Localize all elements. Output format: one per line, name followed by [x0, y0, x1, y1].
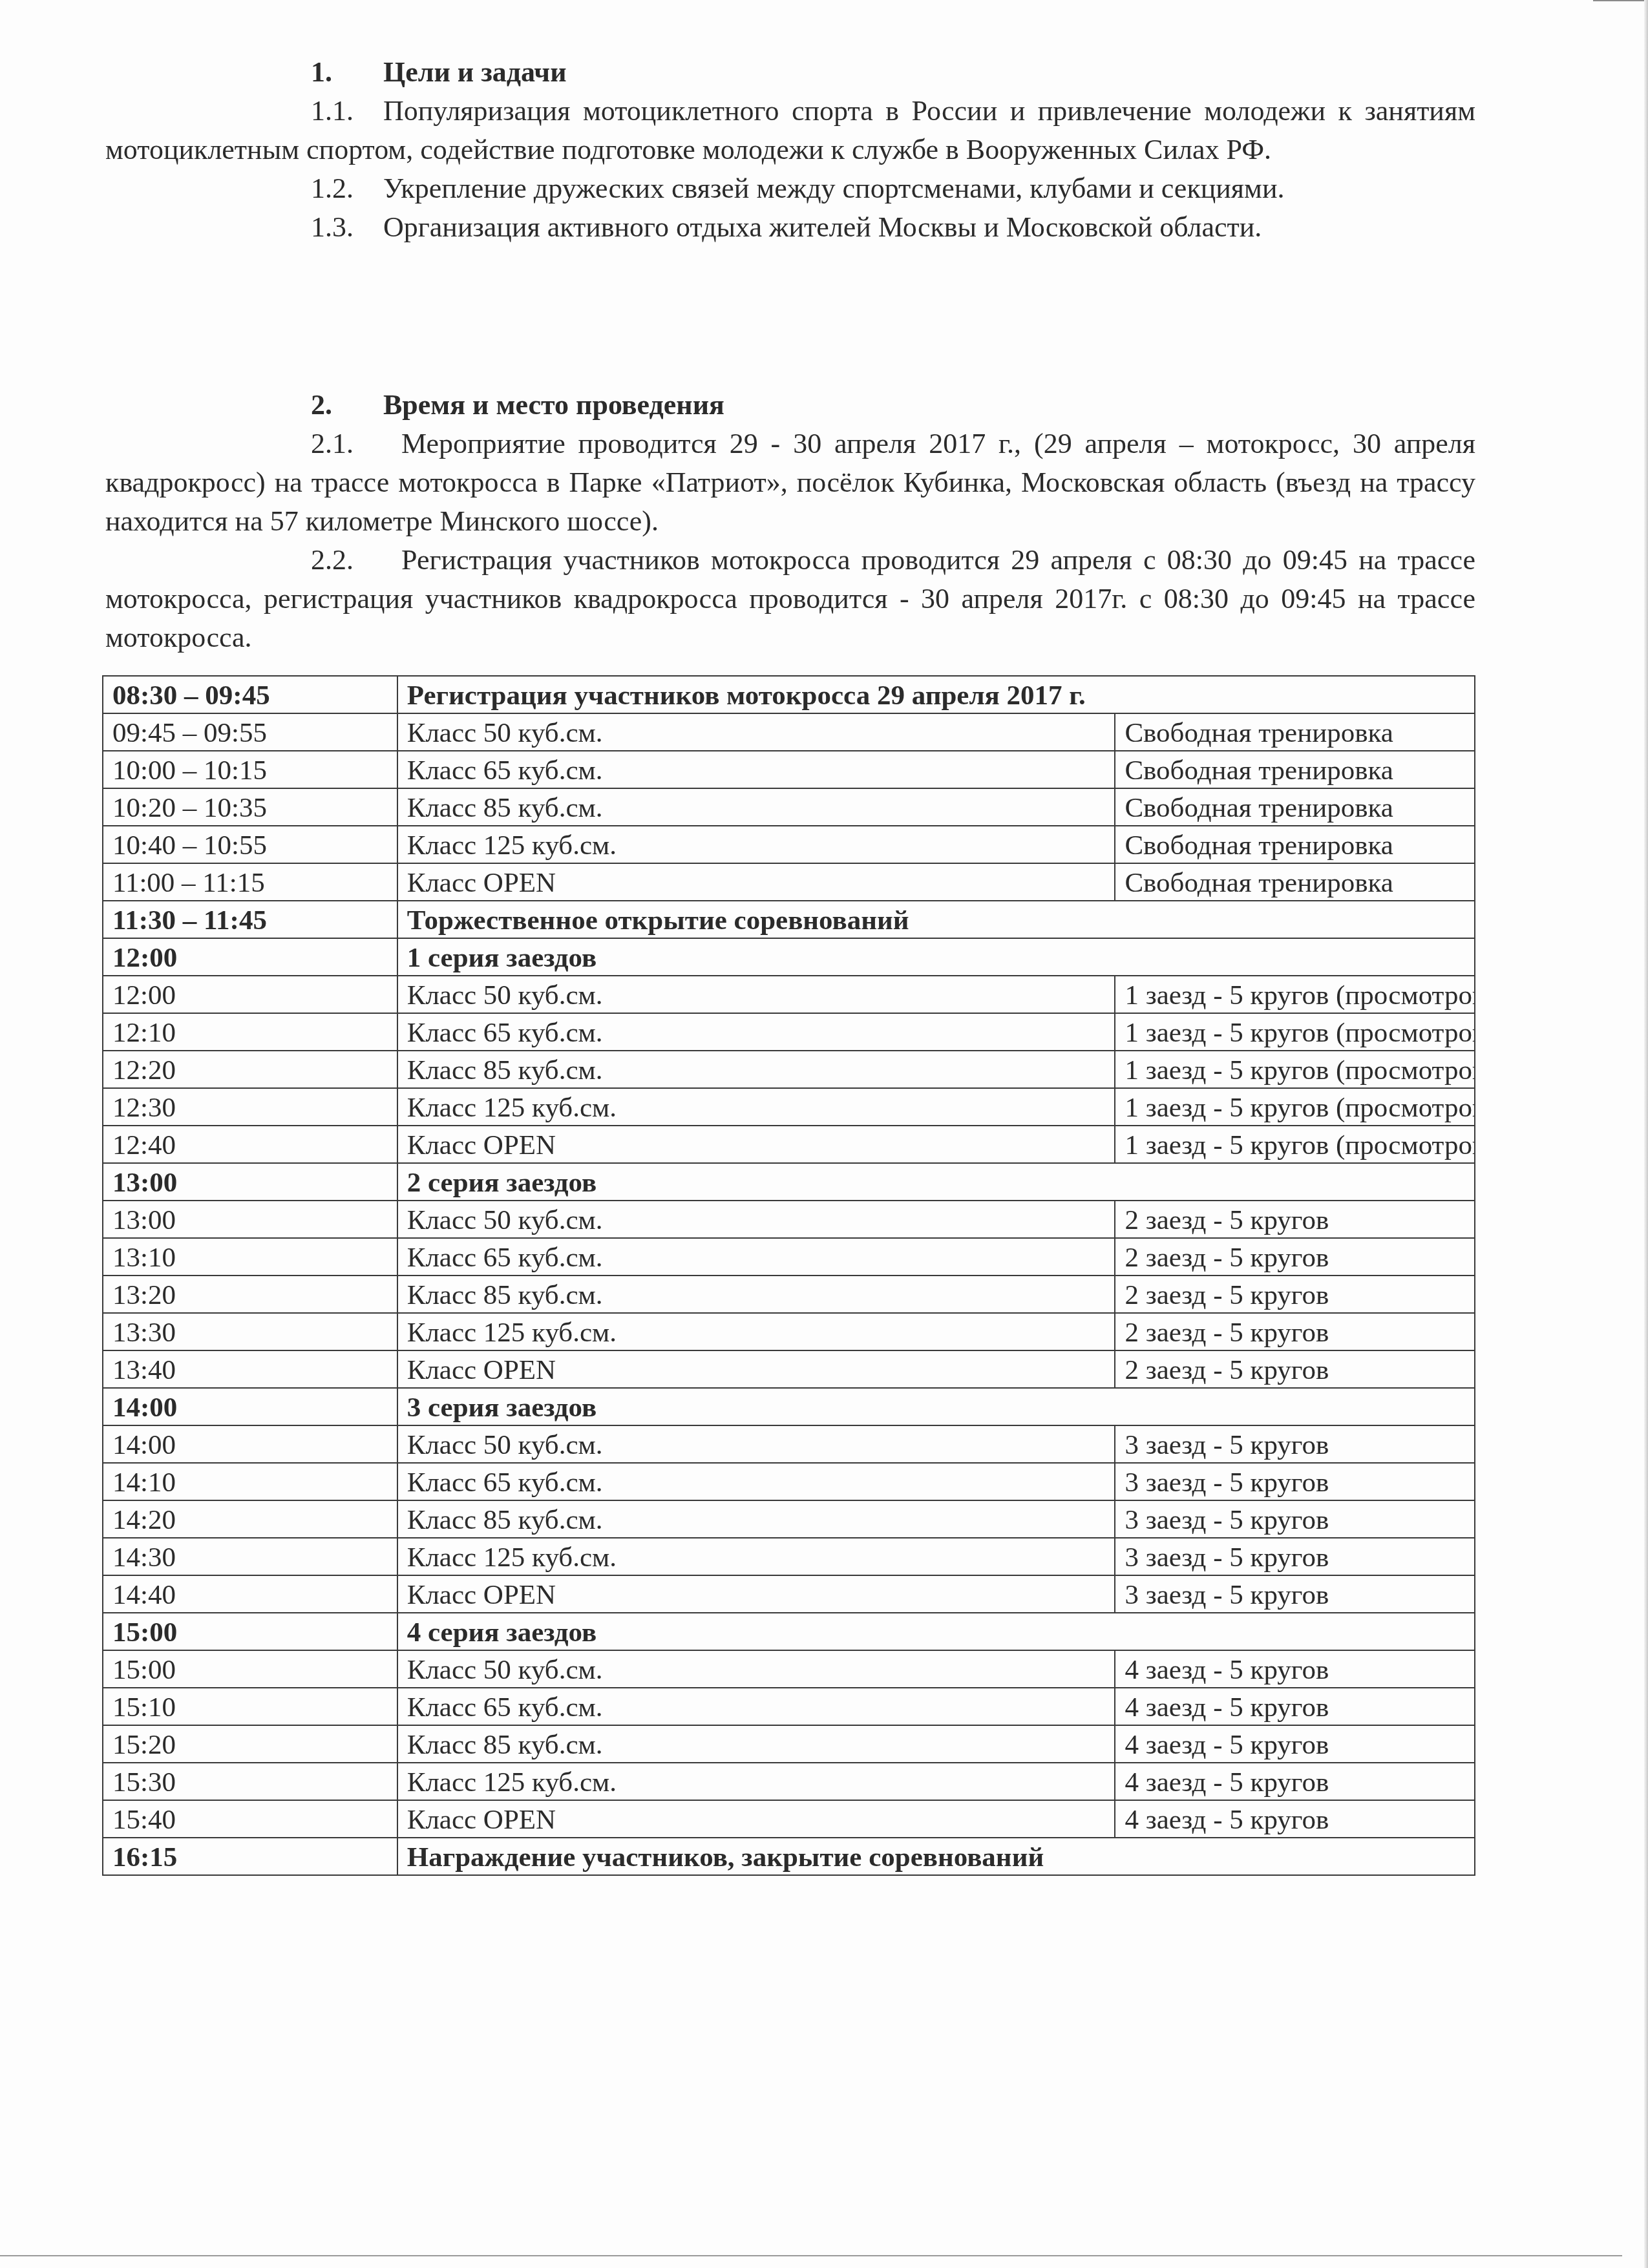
schedule-row: 13:40Класс OPEN2 заезд - 5 кругов: [103, 1350, 1475, 1388]
paragraph-1-1: 1.1.Популяризация мотоциклетного спорта …: [105, 92, 1475, 169]
schedule-class-cell: Класс 50 куб.см.: [397, 1201, 1115, 1238]
schedule-class-cell: Класс 50 куб.см.: [397, 976, 1115, 1013]
schedule-table: 08:30 – 09:45Регистрация участников мото…: [102, 675, 1475, 1876]
schedule-note-cell: 3 заезд - 5 кругов: [1115, 1538, 1475, 1575]
schedule-class-cell: Класс 125 куб.см.: [397, 1763, 1115, 1800]
schedule-class-cell: Класс 85 куб.см.: [397, 788, 1115, 826]
schedule-row: 13:30Класс 125 куб.см.2 заезд - 5 кругов: [103, 1313, 1475, 1350]
schedule-row: 10:40 – 10:55Класс 125 куб.см.Свободная …: [103, 826, 1475, 863]
schedule-time-cell: 09:45 – 09:55: [103, 713, 397, 751]
schedule-time-cell: 15:10: [103, 1688, 397, 1725]
schedule-class-cell: Класс 85 куб.см.: [397, 1725, 1115, 1763]
section-title: Цели и задачи: [383, 53, 567, 92]
schedule-class-cell: Класс 65 куб.см.: [397, 1013, 1115, 1051]
schedule-event-cell: Торжественное открытие соревнований: [397, 901, 1475, 938]
schedule-time-cell: 13:40: [103, 1350, 397, 1388]
schedule-row: 12:00Класс 50 куб.см.1 заезд - 5 кругов …: [103, 976, 1475, 1013]
schedule-note-cell: 3 заезд - 5 кругов: [1115, 1463, 1475, 1500]
schedule-section-row: 16:15Награждение участников, закрытие со…: [103, 1838, 1475, 1875]
schedule-time-cell: 13:20: [103, 1276, 397, 1313]
schedule-row: 14:40Класс OPEN3 заезд - 5 кругов: [103, 1575, 1475, 1613]
paragraph-1-3: 1.3.Организация активного отдыха жителей…: [105, 208, 1475, 247]
schedule-event-cell: 2 серия заездов: [397, 1163, 1475, 1201]
schedule-time-cell: 10:00 – 10:15: [103, 751, 397, 788]
schedule-note-cell: 3 заезд - 5 кругов: [1115, 1425, 1475, 1463]
schedule-note-cell: 1 заезд - 5 кругов (просмотровый круг): [1115, 1088, 1475, 1126]
schedule-row: 15:10Класс 65 куб.см.4 заезд - 5 кругов: [103, 1688, 1475, 1725]
schedule-row: 13:00Класс 50 куб.см.2 заезд - 5 кругов: [103, 1201, 1475, 1238]
schedule-note-cell: 2 заезд - 5 кругов: [1115, 1313, 1475, 1350]
schedule-section-row: 08:30 – 09:45Регистрация участников мото…: [103, 676, 1475, 713]
schedule-note-cell: 1 заезд - 5 кругов (просмотровый круг): [1115, 1051, 1475, 1088]
schedule-row: 15:40Класс OPEN4 заезд - 5 кругов: [103, 1800, 1475, 1838]
schedule-row: 12:40Класс OPEN1 заезд - 5 кругов (просм…: [103, 1126, 1475, 1163]
schedule-note-cell: Свободная тренировка: [1115, 713, 1475, 751]
schedule-section-row: 11:30 – 11:45Торжественное открытие соре…: [103, 901, 1475, 938]
schedule-section-row: 14:003 серия заездов: [103, 1388, 1475, 1425]
schedule-time-cell: 13:30: [103, 1313, 397, 1350]
schedule-event-cell: 3 серия заездов: [397, 1388, 1475, 1425]
section-number: 1.: [311, 53, 383, 92]
schedule-time-cell: 15:20: [103, 1725, 397, 1763]
schedule-table-body: 08:30 – 09:45Регистрация участников мото…: [103, 676, 1475, 1875]
schedule-time-cell: 14:10: [103, 1463, 397, 1500]
schedule-class-cell: Класс 65 куб.см.: [397, 1463, 1115, 1500]
schedule-row: 14:10Класс 65 куб.см.3 заезд - 5 кругов: [103, 1463, 1475, 1500]
schedule-time-cell: 12:00: [103, 976, 397, 1013]
schedule-time-cell: 13:10: [103, 1238, 397, 1276]
schedule-class-cell: Класс 65 куб.см.: [397, 1688, 1115, 1725]
schedule-time-cell: 14:20: [103, 1500, 397, 1538]
paragraph-text: Организация активного отдыха жителей Мос…: [383, 211, 1262, 243]
paragraph-number: 2.1.: [311, 425, 401, 463]
schedule-class-cell: Класс 85 куб.см.: [397, 1276, 1115, 1313]
schedule-time-cell: 15:30: [103, 1763, 397, 1800]
paragraph-number: 1.1.: [311, 92, 383, 131]
schedule-row: 14:30Класс 125 куб.см.3 заезд - 5 кругов: [103, 1538, 1475, 1575]
schedule-class-cell: Класс 50 куб.см.: [397, 713, 1115, 751]
schedule-class-cell: Класс 50 куб.см.: [397, 1425, 1115, 1463]
schedule-time-cell: 14:40: [103, 1575, 397, 1613]
schedule-event-cell: Награждение участников, закрытие соревно…: [397, 1838, 1475, 1875]
schedule-event-cell: 1 серия заездов: [397, 938, 1475, 976]
schedule-time-cell: 11:00 – 11:15: [103, 863, 397, 901]
schedule-class-cell: Класс 125 куб.см.: [397, 1313, 1115, 1350]
schedule-class-cell: Класс 65 куб.см.: [397, 1238, 1115, 1276]
schedule-note-cell: 2 заезд - 5 кругов: [1115, 1238, 1475, 1276]
schedule-class-cell: Класс 125 куб.см.: [397, 1088, 1115, 1126]
schedule-section-row: 12:001 серия заездов: [103, 938, 1475, 976]
paragraph-text: Укрепление дружеских связей между спортс…: [383, 173, 1285, 204]
schedule-class-cell: Класс 65 куб.см.: [397, 751, 1115, 788]
schedule-class-cell: Класс 125 куб.см.: [397, 826, 1115, 863]
scan-edge-bottom: [0, 2255, 1622, 2256]
scan-edge-right: [1644, 0, 1648, 2268]
scan-edge-top: [1593, 0, 1648, 1]
paragraph-2-1: 2.1.Мероприятие проводится 29 - 30 апрел…: [105, 425, 1475, 541]
schedule-time-cell: 12:00: [103, 938, 397, 976]
schedule-class-cell: Класс 50 куб.см.: [397, 1650, 1115, 1688]
schedule-row: 09:45 – 09:55Класс 50 куб.см.Свободная т…: [103, 713, 1475, 751]
schedule-row: 12:20Класс 85 куб.см.1 заезд - 5 кругов …: [103, 1051, 1475, 1088]
schedule-note-cell: 4 заезд - 5 кругов: [1115, 1763, 1475, 1800]
schedule-note-cell: Свободная тренировка: [1115, 788, 1475, 826]
paragraph-number: 1.3.: [311, 208, 383, 247]
schedule-note-cell: 2 заезд - 5 кругов: [1115, 1276, 1475, 1313]
schedule-class-cell: Класс OPEN: [397, 863, 1115, 901]
section-goals: 1. Цели и задачи 1.1.Популяризация мотоц…: [105, 53, 1475, 247]
schedule-time-cell: 13:00: [103, 1163, 397, 1201]
schedule-time-cell: 12:30: [103, 1088, 397, 1126]
schedule-class-cell: Класс OPEN: [397, 1126, 1115, 1163]
schedule-class-cell: Класс OPEN: [397, 1800, 1115, 1838]
section-time-place: 2. Время и место проведения 2.1.Мероприя…: [105, 386, 1475, 657]
paragraph-1-2: 1.2.Укрепление дружеских связей между сп…: [105, 169, 1475, 208]
schedule-note-cell: 4 заезд - 5 кругов: [1115, 1650, 1475, 1688]
section-goals-heading: 1. Цели и задачи: [105, 53, 1475, 92]
schedule-event-cell: Регистрация участников мотокросса 29 апр…: [397, 676, 1475, 713]
schedule-row: 13:10Класс 65 куб.см.2 заезд - 5 кругов: [103, 1238, 1475, 1276]
schedule-note-cell: 3 заезд - 5 кругов: [1115, 1500, 1475, 1538]
schedule-time-cell: 15:40: [103, 1800, 397, 1838]
schedule-row: 15:30Класс 125 куб.см.4 заезд - 5 кругов: [103, 1763, 1475, 1800]
schedule-note-cell: Свободная тренировка: [1115, 863, 1475, 901]
schedule-row: 10:00 – 10:15Класс 65 куб.см.Свободная т…: [103, 751, 1475, 788]
schedule-note-cell: Свободная тренировка: [1115, 751, 1475, 788]
schedule-time-cell: 10:20 – 10:35: [103, 788, 397, 826]
schedule-class-cell: Класс 85 куб.см.: [397, 1500, 1115, 1538]
schedule-note-cell: 2 заезд - 5 кругов: [1115, 1201, 1475, 1238]
schedule-time-cell: 14:30: [103, 1538, 397, 1575]
schedule-section-row: 15:004 серия заездов: [103, 1613, 1475, 1650]
schedule-note-cell: 4 заезд - 5 кругов: [1115, 1800, 1475, 1838]
schedule-row: 15:20Класс 85 куб.см.4 заезд - 5 кругов: [103, 1725, 1475, 1763]
paragraph-2-2: 2.2.Регистрация участников мотокросса пр…: [105, 541, 1475, 657]
schedule-event-cell: 4 серия заездов: [397, 1613, 1475, 1650]
schedule-note-cell: 1 заезд - 5 кругов (просмотровый круг): [1115, 1013, 1475, 1051]
schedule-time-cell: 12:20: [103, 1051, 397, 1088]
schedule-note-cell: Свободная тренировка: [1115, 826, 1475, 863]
schedule-note-cell: 4 заезд - 5 кругов: [1115, 1688, 1475, 1725]
schedule-time-cell: 16:15: [103, 1838, 397, 1875]
schedule-row: 12:10Класс 65 куб.см.1 заезд - 5 кругов …: [103, 1013, 1475, 1051]
schedule-time-cell: 08:30 – 09:45: [103, 676, 397, 713]
schedule-row: 14:00Класс 50 куб.см.3 заезд - 5 кругов: [103, 1425, 1475, 1463]
schedule-note-cell: 1 заезд - 5 кругов (просмотровый круг): [1115, 976, 1475, 1013]
schedule-note-cell: 1 заезд - 5 кругов (просмотровый круг): [1115, 1126, 1475, 1163]
schedule-row: 13:20Класс 85 куб.см.2 заезд - 5 кругов: [103, 1276, 1475, 1313]
section-title: Время и место проведения: [383, 386, 724, 425]
schedule-row: 10:20 – 10:35Класс 85 куб.см.Свободная т…: [103, 788, 1475, 826]
schedule-time-cell: 14:00: [103, 1425, 397, 1463]
section-time-place-heading: 2. Время и место проведения: [105, 386, 1475, 425]
schedule-time-cell: 11:30 – 11:45: [103, 901, 397, 938]
schedule-time-cell: 15:00: [103, 1650, 397, 1688]
schedule-time-cell: 13:00: [103, 1201, 397, 1238]
schedule-class-cell: Класс OPEN: [397, 1350, 1115, 1388]
schedule-time-cell: 14:00: [103, 1388, 397, 1425]
schedule-time-cell: 12:40: [103, 1126, 397, 1163]
section-number: 2.: [311, 386, 383, 425]
schedule-class-cell: Класс 85 куб.см.: [397, 1051, 1115, 1088]
schedule-note-cell: 4 заезд - 5 кругов: [1115, 1725, 1475, 1763]
schedule-note-cell: 3 заезд - 5 кругов: [1115, 1575, 1475, 1613]
schedule-class-cell: Класс OPEN: [397, 1575, 1115, 1613]
schedule-row: 11:00 – 11:15Класс OPENСвободная трениро…: [103, 863, 1475, 901]
paragraph-number: 1.2.: [311, 169, 383, 208]
schedule-class-cell: Класс 125 куб.см.: [397, 1538, 1115, 1575]
schedule-row: 15:00Класс 50 куб.см.4 заезд - 5 кругов: [103, 1650, 1475, 1688]
schedule-time-cell: 12:10: [103, 1013, 397, 1051]
schedule-note-cell: 2 заезд - 5 кругов: [1115, 1350, 1475, 1388]
schedule-time-cell: 15:00: [103, 1613, 397, 1650]
paragraph-number: 2.2.: [311, 541, 401, 580]
schedule-time-cell: 10:40 – 10:55: [103, 826, 397, 863]
schedule-row: 12:30Класс 125 куб.см.1 заезд - 5 кругов…: [103, 1088, 1475, 1126]
schedule-section-row: 13:002 серия заездов: [103, 1163, 1475, 1201]
schedule-row: 14:20Класс 85 куб.см.3 заезд - 5 кругов: [103, 1500, 1475, 1538]
